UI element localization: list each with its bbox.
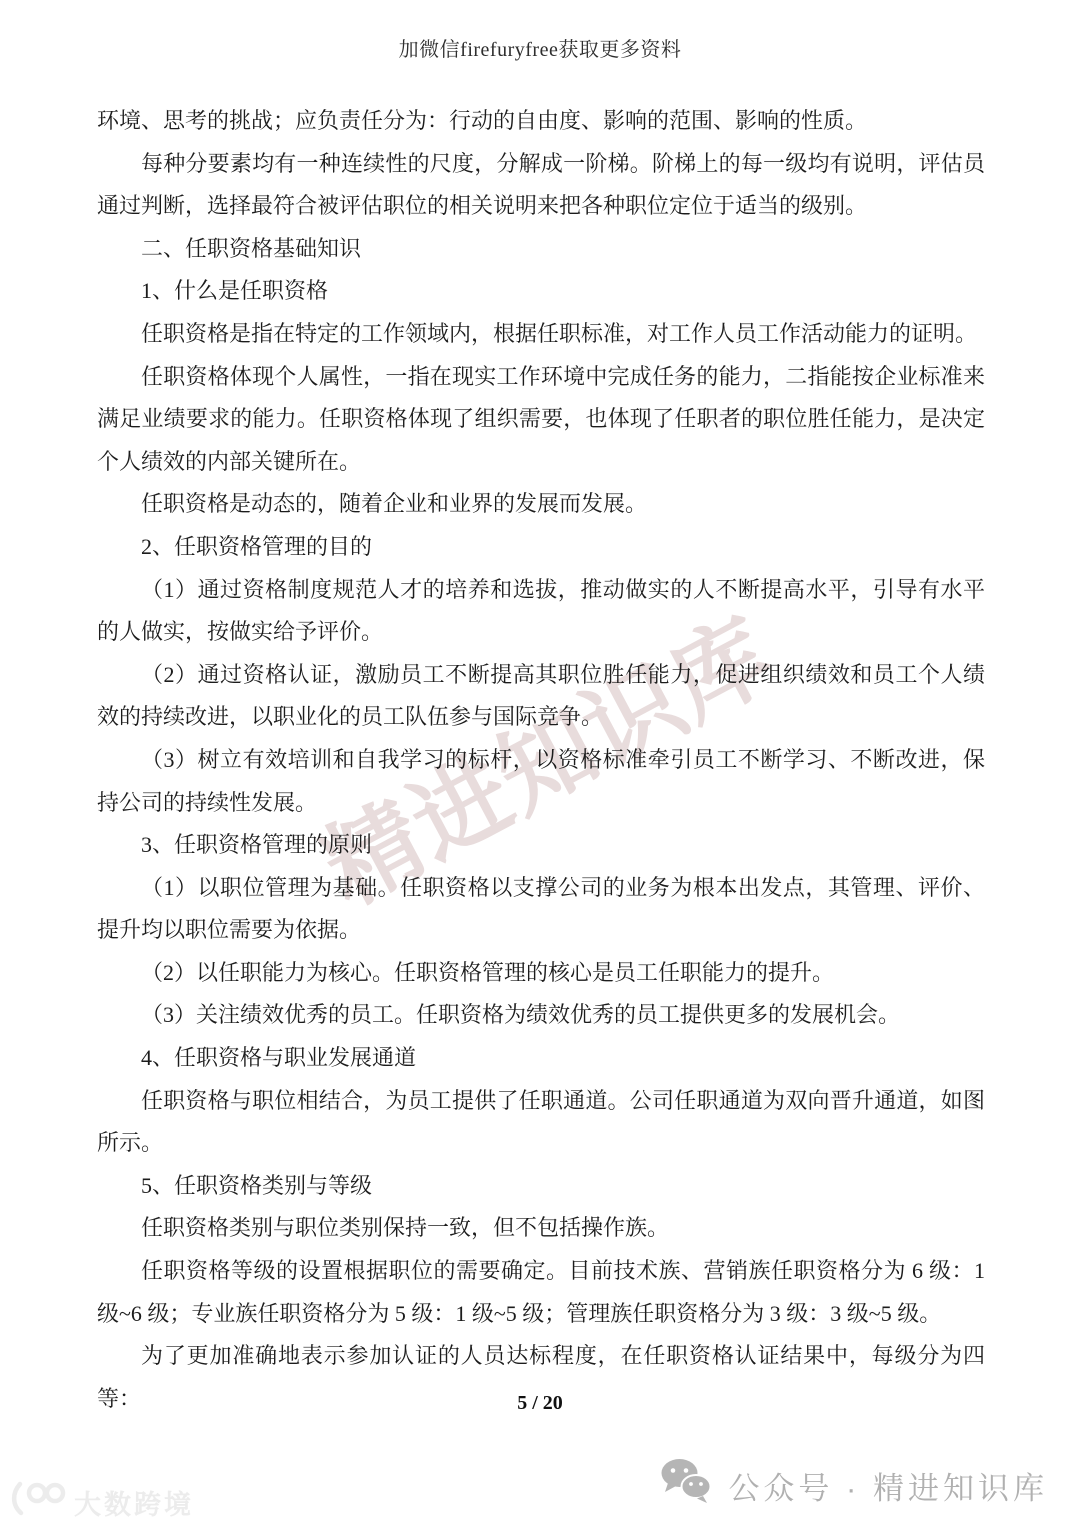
paragraph: （3）关注绩效优秀的员工。任职资格为绩效优秀的员工提供更多的发展机会。 xyxy=(97,994,985,1037)
wechat-icon xyxy=(660,1458,712,1512)
paragraph: 4、任职资格与职业发展通道 xyxy=(97,1037,985,1080)
paragraph: 任职资格是指在特定的工作领域内，根据任职标准，对工作人员工作活动能力的证明。 xyxy=(97,313,985,356)
paragraph: （2）以任职能力为核心。任职资格管理的核心是员工任职能力的提升。 xyxy=(97,952,985,995)
page-number: 5 / 20 xyxy=(0,1392,1080,1415)
dashu-brand-label: 大数跨境 xyxy=(74,1483,194,1522)
paragraph: 环境、思考的挑战；应负责任分为：行动的自由度、影响的范围、影响的性质。 xyxy=(97,100,985,143)
document-body: 环境、思考的挑战；应负责任分为：行动的自由度、影响的范围、影响的性质。每种分要素… xyxy=(97,100,985,1420)
wechat-brand-label: 公众号 · 精进知识库 xyxy=(728,1463,1048,1508)
paragraph: 2、任职资格管理的目的 xyxy=(97,526,985,569)
paragraph: 5、任职资格类别与等级 xyxy=(97,1165,985,1208)
paragraph: 任职资格类别与职位类别保持一致，但不包括操作族。 xyxy=(97,1207,985,1250)
bottom-bar: 大数跨境 公众号 · 精进知识库 xyxy=(0,1440,1080,1527)
dashu-100-icon xyxy=(8,1480,66,1525)
paragraph: （1）通过资格制度规范人才的培养和选拔，推动做实的人不断提高水平，引导有水平的人… xyxy=(97,569,985,654)
paragraph: （2）通过资格认证，激励员工不断提高其职位胜任能力，促进组织绩效和员工个人绩效的… xyxy=(97,654,985,739)
paragraph: 任职资格是动态的，随着企业和业界的发展而发展。 xyxy=(97,483,985,526)
paragraph: 任职资格体现个人属性，一指在现实工作环境中完成任务的能力，二指能按企业标准来满足… xyxy=(97,356,985,484)
dashu-brand: 大数跨境 xyxy=(8,1480,194,1525)
paragraph: 1、什么是任职资格 xyxy=(97,270,985,313)
paragraph: （3）树立有效培训和自我学习的标杆，以资格标准牵引员工不断学习、不断改进，保持公… xyxy=(97,739,985,824)
paragraph: 二、任职资格基础知识 xyxy=(97,228,985,271)
paragraph: 任职资格等级的设置根据职位的需要确定。目前技术族、营销族任职资格分为 6 级：1… xyxy=(97,1250,985,1335)
paragraph: （1）以职位管理为基础。任职资格以支撑公司的业务为根本出发点，其管理、评价、提升… xyxy=(97,867,985,952)
header-notice: 加微信firefuryfree获取更多资料 xyxy=(0,33,1080,62)
paragraph: 3、任职资格管理的原则 xyxy=(97,824,985,867)
document-page: 加微信firefuryfree获取更多资料 精进知识库 环境、思考的挑战；应负责… xyxy=(0,0,1080,1527)
paragraph: 每种分要素均有一种连续性的尺度，分解成一阶梯。阶梯上的每一级均有说明，评估员通过… xyxy=(97,143,985,228)
paragraph: 任职资格与职位相结合，为员工提供了任职通道。公司任职通道为双向晋升通道，如图所示… xyxy=(97,1080,985,1165)
wechat-brand: 公众号 · 精进知识库 xyxy=(660,1458,1048,1512)
